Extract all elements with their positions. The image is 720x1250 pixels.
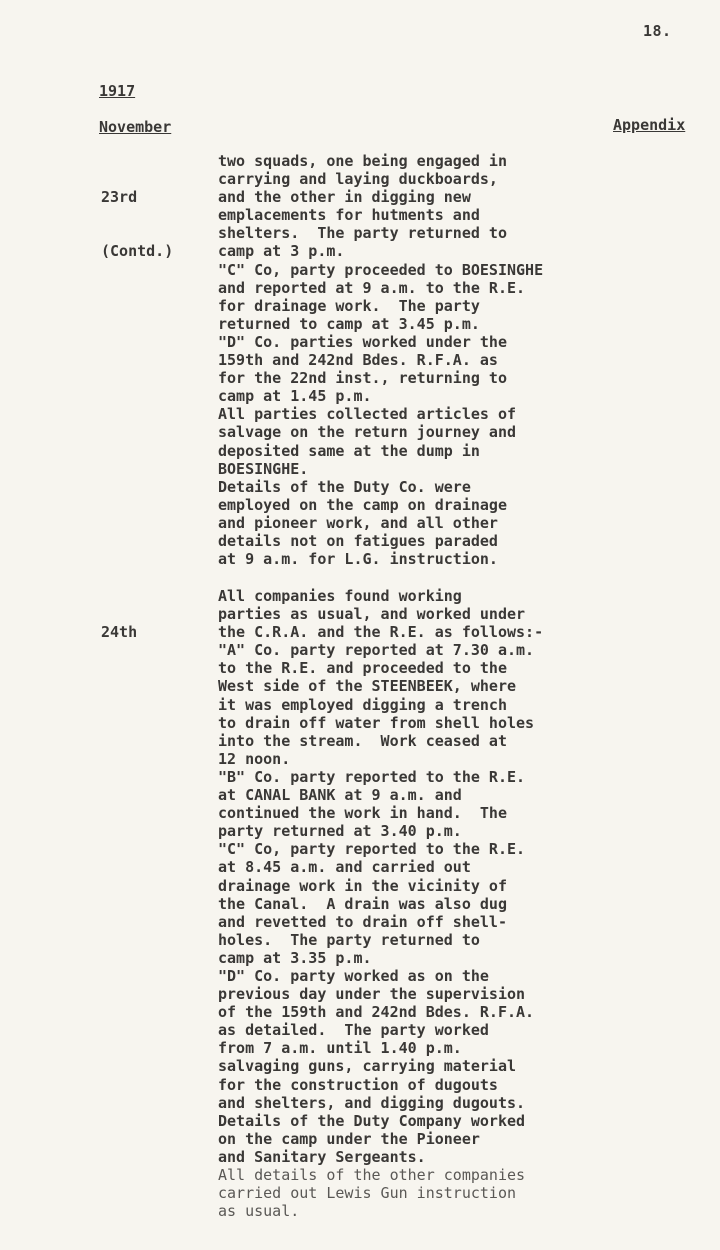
text-line: previous day under the supervision: [218, 985, 638, 1003]
text-line: holes. The party returned to: [218, 931, 638, 949]
text-line: "C" Co, party reported to the R.E.: [218, 840, 638, 858]
text-line: and Sanitary Sergeants.: [218, 1148, 638, 1166]
text-line: for the construction of dugouts: [218, 1076, 638, 1094]
text-line: returned to camp at 3.45 p.m.: [218, 315, 638, 333]
text-line: and pioneer work, and all other: [218, 514, 638, 532]
text-line: salvage on the return journey and: [218, 423, 638, 441]
text-line: employed on the camp on drainage: [218, 496, 638, 514]
entry-text-23rd: two squads, one being engaged incarrying…: [218, 152, 638, 568]
entry-text-24th: All companies found workingparties as us…: [218, 587, 638, 1220]
text-line: and revetted to drain off shell-: [218, 913, 638, 931]
text-line: Details of the Duty Co. were: [218, 478, 638, 496]
text-line: at CANAL BANK at 9 a.m. and: [218, 786, 638, 804]
text-line: at 9 a.m. for L.G. instruction.: [218, 550, 638, 568]
text-line: for the 22nd inst., returning to: [218, 369, 638, 387]
text-line: for drainage work. The party: [218, 297, 638, 315]
text-line: into the stream. Work ceased at: [218, 732, 638, 750]
text-line: carrying and laying duckboards,: [218, 170, 638, 188]
text-line: party returned at 3.40 p.m.: [218, 822, 638, 840]
text-line: to the R.E. and proceeded to the: [218, 659, 638, 677]
text-line: "C" Co, party proceeded to BOESINGHE: [218, 261, 638, 279]
text-line: of the 159th and 242nd Bdes. R.F.A.: [218, 1003, 638, 1021]
text-line: and the other in digging new: [218, 188, 638, 206]
text-line: continued the work in hand. The: [218, 804, 638, 822]
text-line: the Canal. A drain was also dug: [218, 895, 638, 913]
text-line: and reported at 9 a.m. to the R.E.: [218, 279, 638, 297]
text-line: carried out Lewis Gun instruction: [218, 1184, 638, 1202]
text-line: All companies found working: [218, 587, 638, 605]
text-line: details not on fatigues paraded: [218, 532, 638, 550]
appendix-heading: Appendix: [613, 116, 685, 134]
text-line: 159th and 242nd Bdes. R.F.A. as: [218, 351, 638, 369]
text-line: All details of the other companies: [218, 1166, 638, 1184]
month-heading: November: [99, 118, 171, 136]
text-line: as usual.: [218, 1202, 638, 1220]
entry-date-24th: 24th: [101, 587, 137, 659]
date-note: (Contd.): [101, 242, 173, 260]
text-line: salvaging guns, carrying material: [218, 1057, 638, 1075]
text-line: as detailed. The party worked: [218, 1021, 638, 1039]
text-line: two squads, one being engaged in: [218, 152, 638, 170]
text-line: West side of the STEENBEEK, where: [218, 677, 638, 695]
text-line: camp at 3 p.m.: [218, 242, 638, 260]
text-line: All parties collected articles of: [218, 405, 638, 423]
page-number: 18.: [643, 22, 672, 40]
text-line: deposited same at the dump in: [218, 442, 638, 460]
text-line: "B" Co. party reported to the R.E.: [218, 768, 638, 786]
text-line: at 8.45 a.m. and carried out: [218, 858, 638, 876]
text-line: emplacements for hutments and: [218, 206, 638, 224]
year-heading: 1917: [99, 82, 135, 100]
text-line: Details of the Duty Company worked: [218, 1112, 638, 1130]
text-line: from 7 a.m. until 1.40 p.m.: [218, 1039, 638, 1057]
text-line: BOESINGHE.: [218, 460, 638, 478]
text-line: camp at 1.45 p.m.: [218, 387, 638, 405]
text-line: parties as usual, and worked under: [218, 605, 638, 623]
text-line: "D" Co. party worked as on the: [218, 967, 638, 985]
text-line: drainage work in the vicinity of: [218, 877, 638, 895]
text-line: and shelters, and digging dugouts.: [218, 1094, 638, 1112]
date: 23rd: [101, 188, 173, 206]
entry-date-23rd: 23rd (Contd.): [101, 152, 173, 278]
text-line: 12 noon.: [218, 750, 638, 768]
text-line: on the camp under the Pioneer: [218, 1130, 638, 1148]
text-line: "D" Co. parties worked under the: [218, 333, 638, 351]
text-line: the C.R.A. and the R.E. as follows:-: [218, 623, 638, 641]
text-line: it was employed digging a trench: [218, 696, 638, 714]
date: 24th: [101, 623, 137, 641]
text-line: shelters. The party returned to: [218, 224, 638, 242]
text-line: to drain off water from shell holes: [218, 714, 638, 732]
text-line: camp at 3.35 p.m.: [218, 949, 638, 967]
text-line: "A" Co. party reported at 7.30 a.m.: [218, 641, 638, 659]
